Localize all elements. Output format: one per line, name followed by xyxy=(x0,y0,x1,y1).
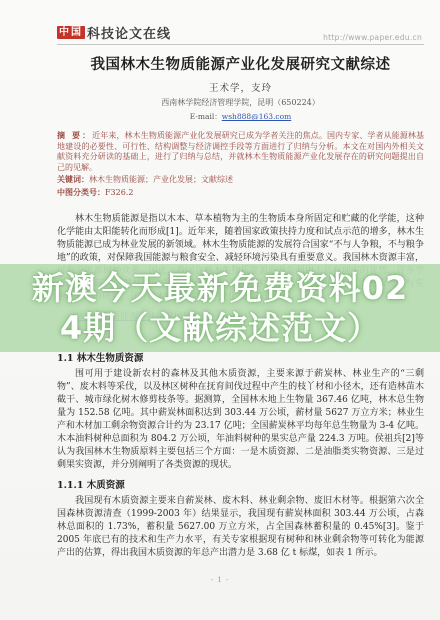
paragraph-3: 我国现有木质资源主要来自薪炭林、废木料、林业剩余物、废旧木材等。根据第六次全国森… xyxy=(57,495,424,560)
section-heading-1-1-1: 1.1.1 木质资源 xyxy=(57,480,424,492)
scanned-paper-page: 中国科技论文在线 http://www.paper.edu.cn 我国林木生物质… xyxy=(0,0,440,620)
affiliation: 西南林学院经济管理学院，昆明（650224） xyxy=(57,97,424,108)
email-link[interactable]: wsh888@163.com xyxy=(222,112,291,121)
clc-line: 中图分类号：F326.2 xyxy=(57,187,424,199)
keywords-line: 关键词：林木生物质能源；产业化发展；文献综述 xyxy=(57,174,424,186)
watermark-overlay-banner: 新澳今天最新免费资料02 4期（文献综述范文） xyxy=(0,264,440,352)
clc-value: F326.2 xyxy=(105,188,133,197)
watermark-line-1: 新澳今天最新免费资料02 xyxy=(32,268,409,308)
section-heading-1-1: 1.1 林木生物质资源 xyxy=(57,353,424,365)
keywords-text: 林木生物质能源；产业化发展；文献综述 xyxy=(89,175,233,184)
logo-red-badge: 中国 xyxy=(57,26,85,39)
site-header: 中国科技论文在线 http://www.paper.edu.cn xyxy=(57,24,424,45)
paper-title: 我国林木生物质能源产业化发展研究文献综述 xyxy=(57,56,424,74)
site-logo: 中国科技论文在线 xyxy=(57,22,171,42)
authors: 王术学，支玲 xyxy=(57,80,424,94)
abstract-label: 摘 要： xyxy=(57,130,92,140)
email-line: E-mail：wsh888@163.com xyxy=(57,111,424,122)
email-label: E-mail： xyxy=(190,112,222,121)
paragraph-2: 围可用于建设新农村的森林及其他木质资源，主要来源于薪炭林、林业生产的“三剩物”、… xyxy=(57,368,424,472)
page-number: - 1 - xyxy=(0,576,440,584)
abstract: 摘 要：近年来，林木生物质能源产业化发展研究已成为学者关注的焦点。国内专家、学者… xyxy=(57,130,424,173)
site-url: http://www.paper.edu.cn xyxy=(323,33,422,42)
abstract-text: 近年来，林木生物质能源产业化发展研究已成为学者关注的焦点。国内专家、学者从能源林… xyxy=(57,131,424,172)
logo-text: 科技论文在线 xyxy=(87,23,171,42)
watermark-line-2: 4期（文献综述范文） xyxy=(60,308,380,348)
keywords-label: 关键词： xyxy=(57,174,89,184)
clc-label: 中图分类号： xyxy=(57,187,105,197)
